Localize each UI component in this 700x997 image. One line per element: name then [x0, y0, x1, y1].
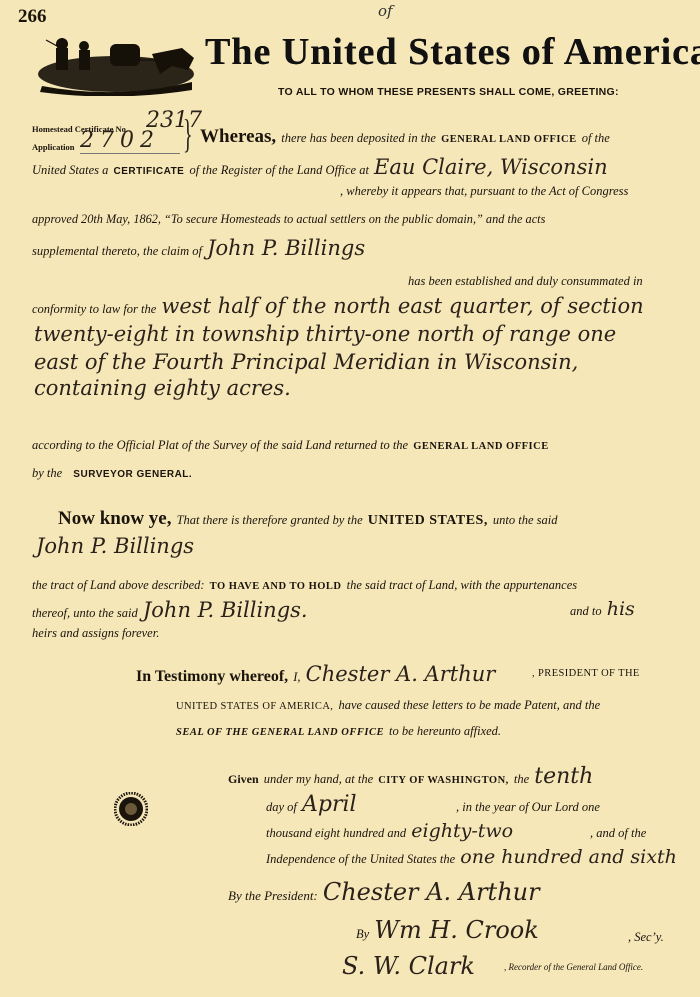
text-caps: GENERAL LAND OFFICE	[441, 134, 577, 145]
claimant-name: John P. Billings	[207, 236, 365, 260]
text: of the	[582, 131, 610, 145]
whereas-line-5: supplemental thereto, the claim of John …	[32, 236, 365, 260]
greeting: TO ALL TO WHOM THESE PRESENTS SHALL COME…	[278, 86, 619, 98]
given-line-1: Given under my hand, at the CITY OF WASH…	[228, 764, 593, 789]
whereas-line-6: has been established and duly consummate…	[408, 274, 643, 289]
text: day of	[266, 800, 297, 814]
whereas-line-1: Whereas, there has been deposited in the…	[200, 126, 610, 148]
given-line-3: thousand eight hundred and eighty-two	[266, 820, 513, 842]
text: to be hereunto affixed.	[389, 724, 501, 738]
grant-line-3-end: and to his	[570, 598, 635, 620]
text: conformity to law for the	[32, 302, 156, 316]
given-line-3-end: , and of the	[590, 826, 646, 841]
year-value: eighty-two	[411, 820, 513, 842]
whereas-line-4: approved 20th May, 1862, “To secure Home…	[32, 212, 545, 227]
text: the said tract of Land, with the appurte…	[347, 578, 578, 592]
application-label: Application	[32, 142, 75, 152]
land-description-line: twenty-eight in township thirty-one nort…	[34, 322, 616, 346]
testimony-line-2: UNITED STATES OF AMERICA, have caused th…	[176, 694, 600, 713]
whereas-line-3: , whereby it appears that, pursuant to t…	[340, 184, 628, 199]
whereas-heading: Whereas,	[200, 126, 276, 147]
document-title: The United States of America,	[205, 30, 700, 74]
text-caps: CITY OF WASHINGTON,	[378, 775, 509, 786]
president-signature: Chester A. Arthur	[323, 878, 540, 906]
general-land-office-seal-icon	[114, 792, 148, 826]
text-caps: UNITED STATES,	[368, 513, 488, 528]
grant-line-3: thereof, unto the said John P. Billings.	[32, 598, 308, 622]
text: Independence of the United States the	[266, 852, 455, 866]
now-know-ye-heading: Now know ye,	[58, 508, 171, 529]
testimony-line-3: SEAL OF THE GENERAL LAND OFFICE to be he…	[176, 720, 501, 739]
grantee-name-repeat: John P. Billings.	[143, 598, 308, 622]
given-line-2-end: , in the year of Our Lord one	[456, 800, 600, 815]
grant-line-4: heirs and assigns forever.	[32, 626, 159, 641]
text: the tract of Land above described:	[32, 578, 205, 592]
given-line-2: day of April	[266, 792, 357, 817]
land-description-line: containing eighty acres.	[34, 376, 291, 400]
brace-mark: }	[183, 110, 193, 157]
testimony-heading: In Testimony whereof,	[136, 668, 288, 685]
land-description-line: west half of the north east quarter, of …	[161, 294, 643, 318]
text: and to	[570, 604, 602, 618]
by-president-line: By the President: Chester A. Arthur	[228, 878, 540, 906]
text-caps: TO HAVE AND TO HOLD	[210, 581, 342, 592]
president-title: , PRESIDENT OF THE	[532, 668, 640, 679]
text: I,	[293, 670, 300, 684]
text: according to the Official Plat of the Su…	[32, 438, 408, 452]
recorder-signature: S. W. Clark	[342, 952, 475, 980]
land-office-location: Eau Claire, Wisconsin	[374, 155, 608, 179]
text: of the Register of the Land Office at	[189, 163, 369, 177]
text: there has been deposited in the	[281, 131, 436, 145]
recorder-title: , Recorder of the General Land Office.	[504, 962, 643, 972]
grantee-name: John P. Billings	[36, 534, 194, 558]
independence-year-value: one hundred and sixth	[460, 846, 677, 868]
land-description-line: east of the Fourth Principal Meridian in…	[34, 350, 578, 374]
text: United States a	[32, 163, 108, 177]
text-caps: SURVEYOR GENERAL.	[73, 469, 192, 480]
text: thereof, unto the said	[32, 606, 138, 620]
month-value: April	[302, 792, 357, 817]
given-heading: Given	[228, 772, 259, 786]
text-caps: SEAL OF THE GENERAL LAND OFFICE	[176, 727, 384, 738]
secretary-title: , Sec’y.	[628, 930, 664, 945]
text-caps: UNITED STATES OF AMERICA,	[176, 701, 333, 712]
secretary-signature: Wm H. Crook	[374, 916, 539, 944]
whereas-line-2: United States a CERTIFICATE of the Regis…	[32, 155, 608, 179]
by-label: By	[356, 927, 369, 941]
grant-line-2: the tract of Land above described: TO HA…	[32, 574, 577, 593]
text: thousand eight hundred and	[266, 826, 406, 840]
application-number: 2702	[80, 128, 180, 154]
text: unto the said	[493, 513, 558, 527]
day-value: tenth	[534, 764, 593, 789]
president-name: Chester A. Arthur	[306, 662, 496, 686]
given-line-4: Independence of the United States the on…	[266, 846, 677, 868]
plat-line-1: according to the Official Plat of the Su…	[32, 434, 549, 453]
page-number: 266	[18, 6, 47, 28]
grant-line-1: Now know ye, That there is therefore gra…	[58, 508, 558, 530]
by-president-label: By the President:	[228, 888, 318, 903]
text: under my hand, at the	[264, 772, 373, 786]
whereas-line-7: conformity to law for the west half of t…	[32, 294, 644, 318]
text: That there is therefore granted by the	[177, 513, 363, 527]
text-caps: GENERAL LAND OFFICE	[413, 441, 549, 452]
text: by the	[32, 466, 62, 480]
text: have caused these letters to be made Pat…	[338, 698, 600, 712]
plat-line-2: by the SURVEYOR GENERAL.	[32, 462, 192, 481]
text: supplemental thereto, the claim of	[32, 244, 202, 258]
farm-wagon-engraving-icon	[32, 30, 200, 96]
text: the	[514, 772, 529, 786]
text-caps: CERTIFICATE	[113, 166, 184, 177]
pronoun: his	[607, 598, 635, 620]
handwritten-mark: of	[378, 2, 393, 20]
secretary-line: By Wm H. Crook	[356, 916, 539, 944]
testimony-line-1: In Testimony whereof, I, Chester A. Arth…	[136, 662, 495, 686]
